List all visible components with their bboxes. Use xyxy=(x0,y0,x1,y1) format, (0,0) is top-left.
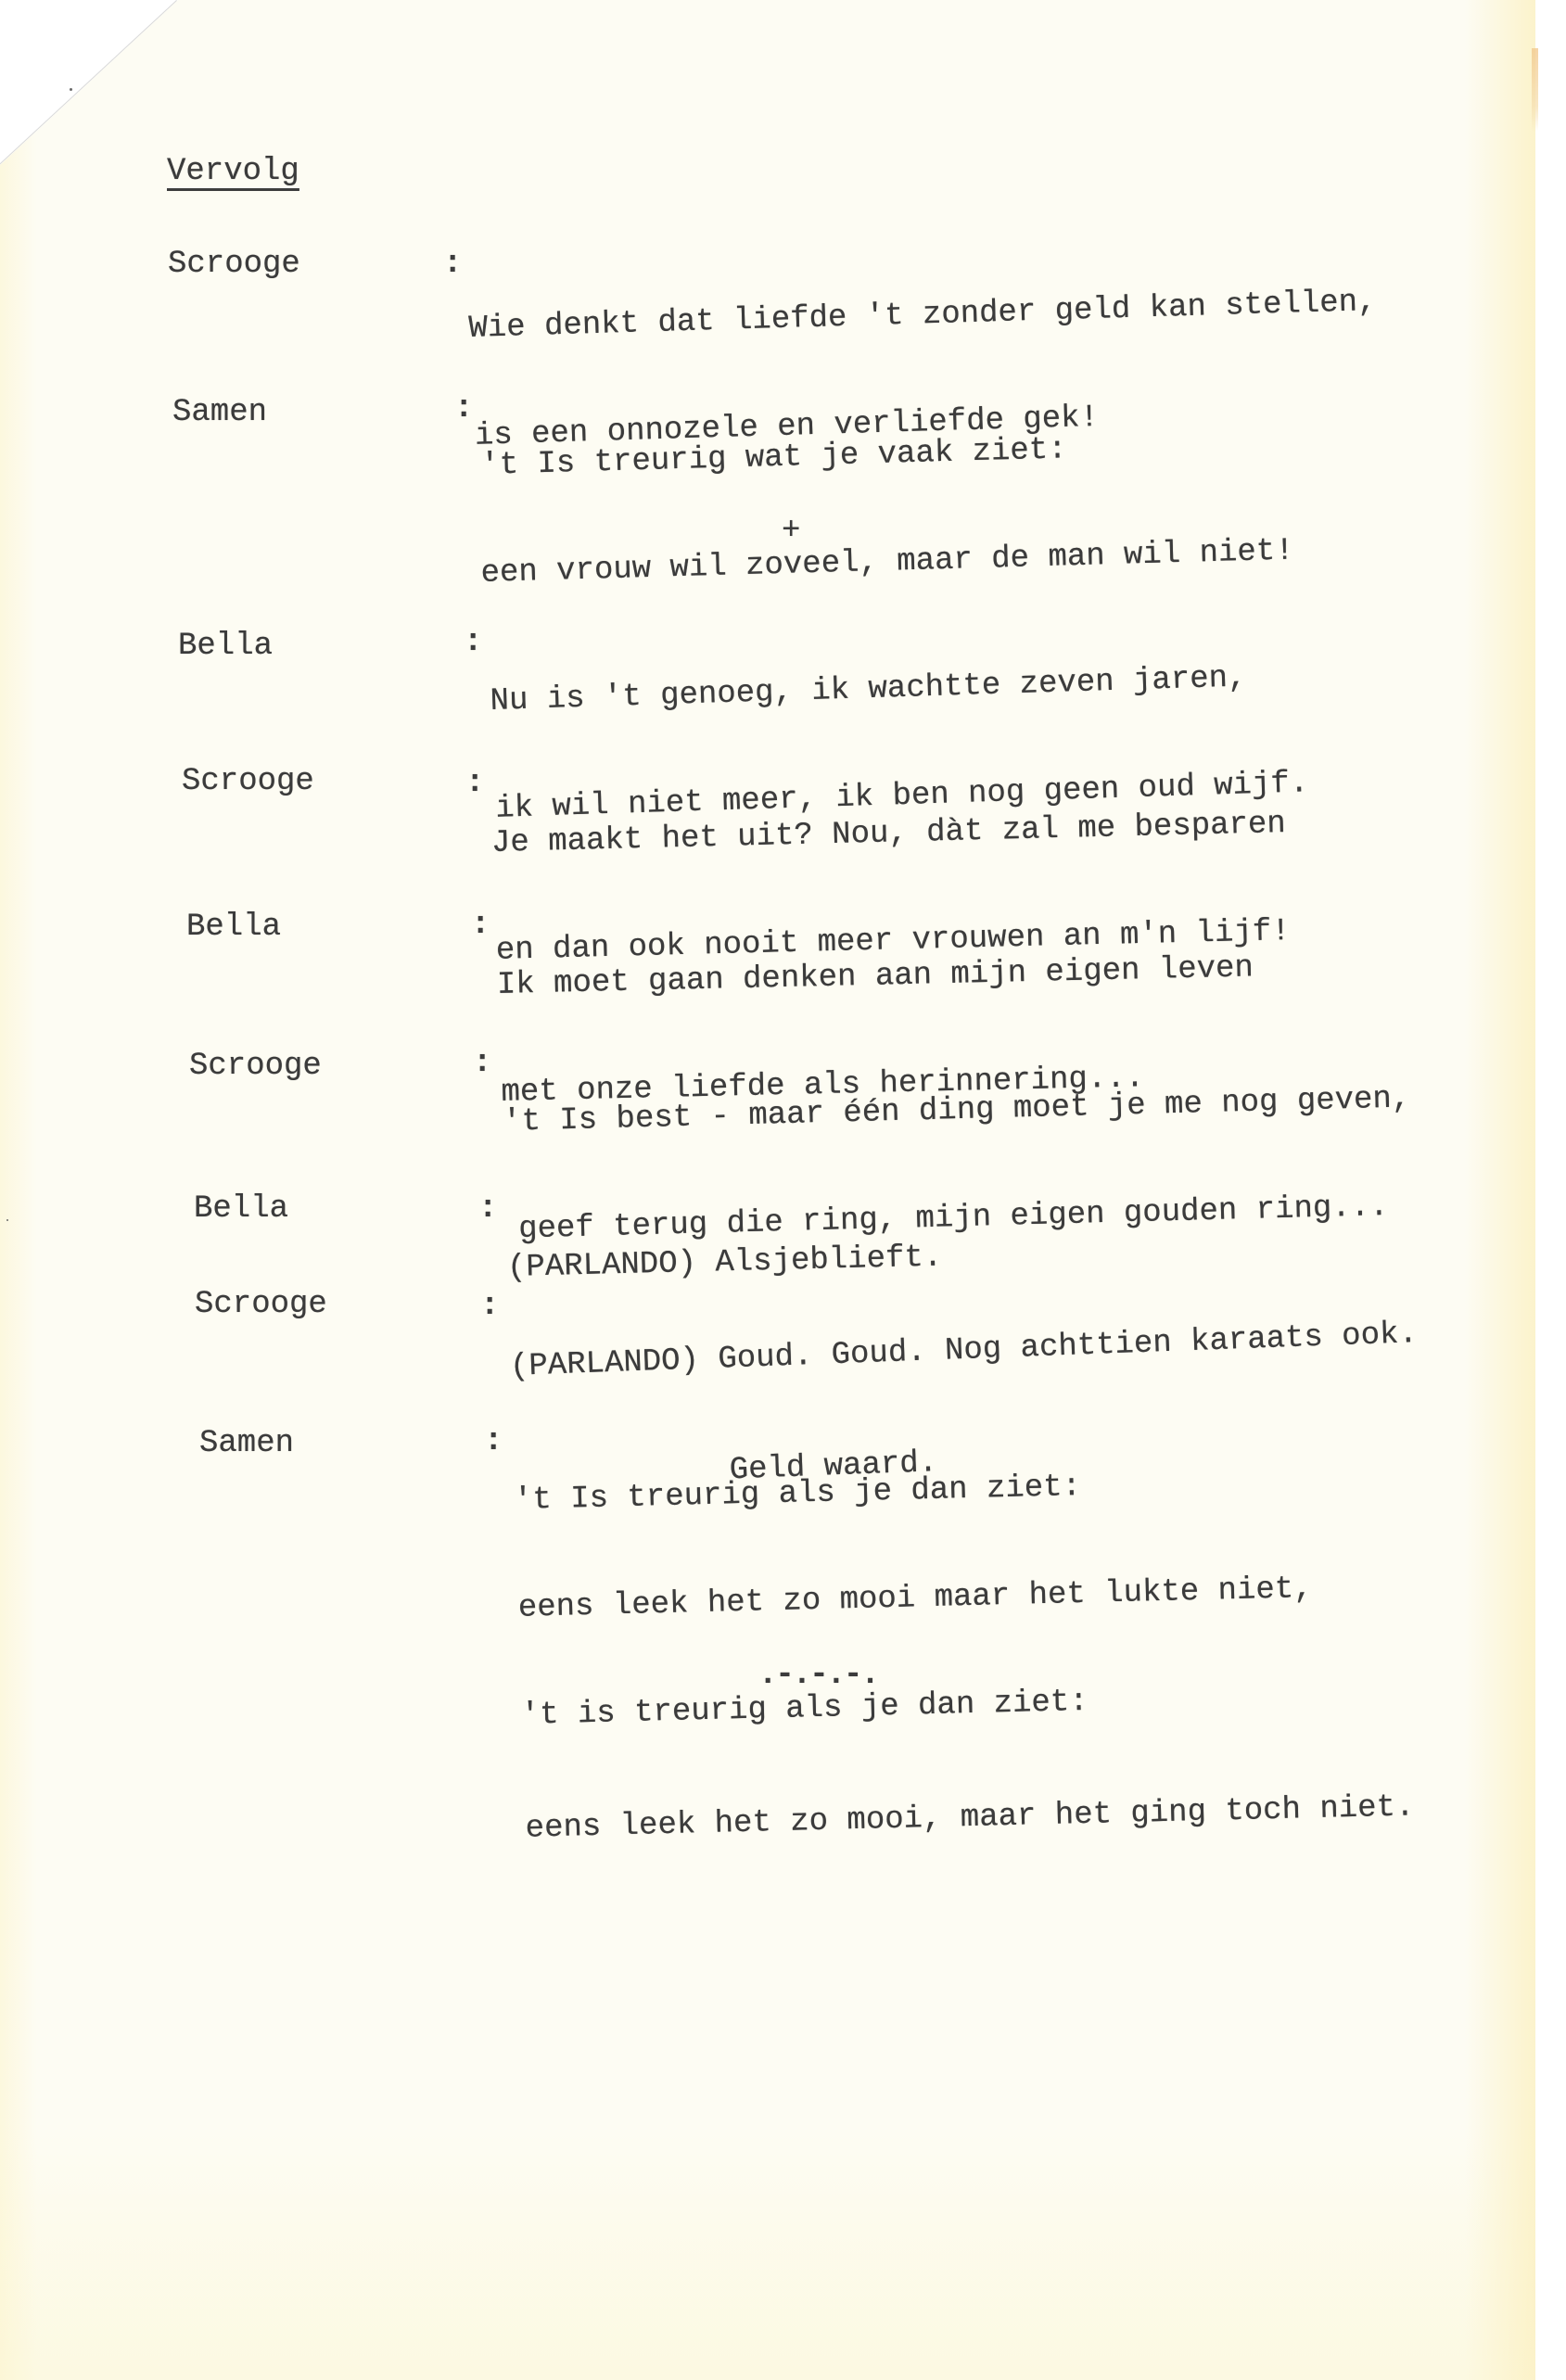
dialogue-line: een vrouw wil zoveel, maar de man wil ni… xyxy=(480,536,1294,603)
dialogue-line: 't is treurig als je dan ziet: xyxy=(520,1678,1412,1744)
dialogue-line: Wie denkt dat liefde 't zonder geld kan … xyxy=(468,286,1377,358)
edge-stain xyxy=(1532,48,1538,132)
speaker-name: Scrooge xyxy=(189,1050,322,1082)
dialogue-line: Ik moet gaan denken aan mijn eigen leven xyxy=(497,952,1254,1014)
speaker-colon: : xyxy=(465,768,484,799)
speaker-name: Samen xyxy=(199,1428,294,1459)
dust-speck xyxy=(70,88,72,91)
dialogue-line: (PARLANDO) Goud. Goud. Nog achttien kara… xyxy=(509,1318,1418,1396)
dust-speck xyxy=(6,1219,8,1221)
dialogue-line: Nu is 't genoeg, ik wachtte zeven jaren, xyxy=(490,660,1305,731)
speaker-name: Bella xyxy=(178,630,273,662)
dialogue-line: 't Is treurig als je dan ziet: xyxy=(514,1463,1407,1530)
dialogue-line: 't Is best - maar één ding moet je me no… xyxy=(503,1083,1411,1152)
page-heading: Vervolg xyxy=(167,156,299,187)
dialogue-line: Je maakt het uit? Nou, dàt zal me bespar… xyxy=(491,808,1289,872)
speaker-colon: : xyxy=(484,1426,503,1457)
speaker-name: Scrooge xyxy=(182,766,314,797)
speaker-colon: : xyxy=(464,627,482,658)
speaker-name: Samen xyxy=(172,397,267,428)
speaker-colon: : xyxy=(473,1048,491,1079)
speaker-colon: : xyxy=(454,393,473,425)
speaker-colon: : xyxy=(480,1291,499,1322)
dialogue-line: eens leek het zo mooi maar het lukte nie… xyxy=(517,1571,1409,1636)
section-divider: + xyxy=(782,515,800,547)
speaker-name: Scrooge xyxy=(195,1289,327,1320)
dialogue-line: 't Is treurig wat je vaak ziet: xyxy=(480,428,1292,495)
end-marker: .-.-.-. xyxy=(758,1660,878,1691)
speaker-colon: : xyxy=(478,1193,497,1225)
scanned-page: Vervolg Scrooge : Wie denkt dat liefde '… xyxy=(0,0,1566,2380)
dialogue-lines: 't Is treurig als je dan ziet: eens leek… xyxy=(512,1400,1417,1920)
dialogue-line: eens leek het zo mooi, maar het ging toc… xyxy=(525,1791,1415,1857)
speaker-name: Scrooge xyxy=(168,248,300,280)
speaker-colon: : xyxy=(443,248,462,280)
speaker-name: Bella xyxy=(194,1193,288,1225)
speaker-colon: : xyxy=(471,910,490,941)
speaker-name: Bella xyxy=(186,911,281,943)
